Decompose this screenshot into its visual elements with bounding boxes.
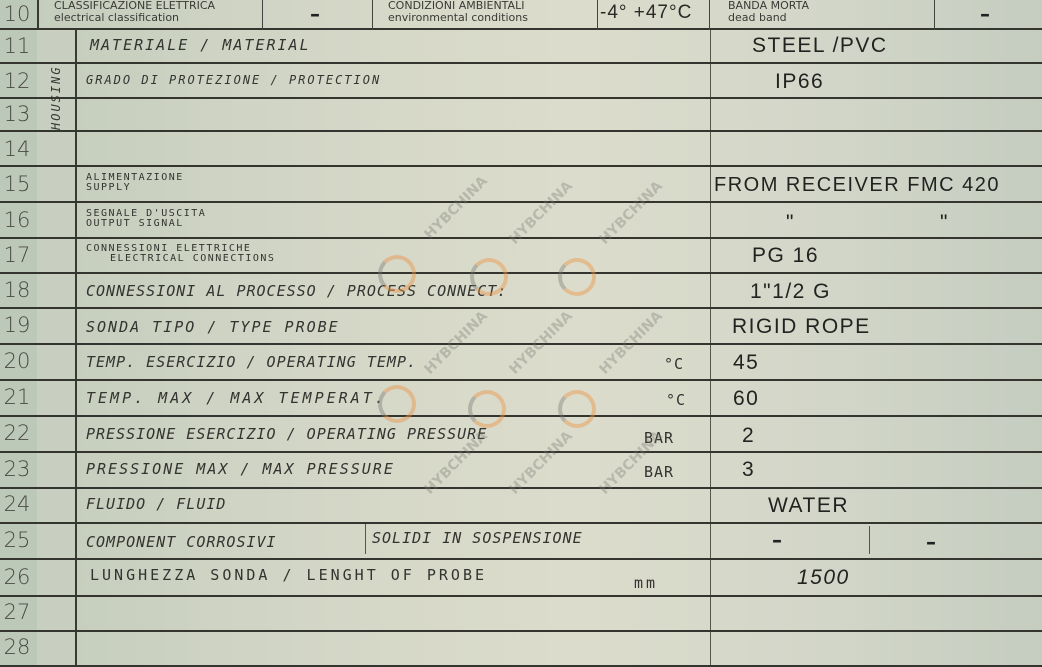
row-label: LUNGHEZZA SONDA / LENGHT OF PROBE [90, 566, 487, 584]
row-number: 19 [0, 313, 34, 337]
row-unit: mm [634, 574, 658, 592]
table-row-18: 18 CONNESSIONI AL PROCESSO / PROCESS CON… [0, 274, 1042, 309]
electrical-classification-label-it: CLASSIFICAZIONE ELETTRICA [54, 0, 215, 11]
row-label-line2: OUTPUT SIGNAL [86, 219, 184, 229]
table-row-14: 14 [0, 132, 1042, 167]
electrical-classification-label-en: electrical classification [54, 12, 179, 23]
row-label: PRESSIONE ESERCIZIO / OPERATING PRESSURE [86, 425, 487, 443]
table-row-15: 15 ALIMENTAZIONE SUPPLY FROM RECEIVER FM… [0, 167, 1042, 203]
electrical-classification-value: – [310, 2, 320, 26]
spec-sheet: 10 CLASSIFICAZIONE ELETTRICA electrical … [0, 0, 1042, 667]
table-row-26: 26 LUNGHEZZA SONDA / LENGHT OF PROBE mm … [0, 560, 1042, 597]
table-row-21: 21 TEMP. MAX / MAX TEMPERAT. °C 60 [0, 381, 1042, 417]
row-number: 15 [0, 172, 34, 196]
row-value-left: – [772, 528, 782, 552]
row-number: 20 [0, 349, 34, 373]
table-row-22: 22 PRESSIONE ESERCIZIO / OPERATING PRESS… [0, 417, 1042, 453]
table-row-13: 13 [0, 99, 1042, 132]
table-row-20: 20 TEMP. ESERCIZIO / OPERATING TEMP. °C … [0, 345, 1042, 381]
environmental-conditions-label-en: environmental conditions [388, 12, 528, 23]
row-number: 11 [0, 34, 34, 58]
row-value: RIGID ROPE [732, 315, 1042, 339]
row-number: 14 [0, 137, 34, 161]
row-value: 3 [742, 458, 1042, 482]
row-unit: BAR [644, 429, 674, 447]
table-row-16: 16 SEGNALE D'USCITA OUTPUT SIGNAL " " [0, 203, 1042, 239]
row-number: 10 [0, 2, 34, 26]
row-number: 23 [0, 457, 34, 481]
table-row-27: 27 [0, 597, 1042, 632]
row-label: TEMP. MAX / MAX TEMPERAT. [86, 389, 387, 407]
row-number: 26 [0, 565, 34, 589]
row-unit: °C [666, 391, 686, 409]
row-label: FLUIDO / FLUID [86, 495, 226, 513]
row-number: 25 [0, 528, 34, 552]
row-value: FROM RECEIVER FMC 420 [714, 174, 1042, 197]
header-row: 10 CLASSIFICAZIONE ELETTRICA electrical … [0, 0, 1042, 30]
row-value: 1500 [797, 566, 1042, 590]
dead-band-value: – [980, 2, 990, 26]
row-label: PRESSIONE MAX / MAX PRESSURE [86, 460, 395, 478]
environmental-conditions-label-it: CONDIZIONI AMBIENTALI [388, 0, 524, 11]
row-label: COMPONENT CORROSIVI [86, 533, 277, 551]
environmental-conditions-value: -4° +47°C [600, 2, 692, 24]
dead-band-label-en: dead band [728, 12, 787, 23]
row-value: 2 [742, 424, 1042, 448]
table-row-17: 17 CONNESSIONI ELETTRICHE ELECTRICAL CON… [0, 239, 1042, 274]
row-value: IP66 [775, 70, 1042, 94]
row-value-right: – [926, 530, 936, 554]
row-label-secondary: SOLIDI IN SOSPENSIONE [372, 529, 583, 547]
table-row-23: 23 PRESSIONE MAX / MAX PRESSURE BAR 3 [0, 453, 1042, 489]
row-value: 60 [733, 387, 1042, 411]
table-row-24: 24 FLUIDO / FLUID WATER [0, 489, 1042, 524]
row-number: 28 [0, 635, 34, 659]
row-unit: °C [664, 355, 684, 373]
row-number: 24 [0, 492, 34, 516]
table-row-11: 11 MATERIALE / MATERIAL STEEL /PVC [0, 30, 1042, 64]
row-unit: BAR [644, 463, 674, 481]
row-number: 27 [0, 600, 34, 624]
row-value: WATER [768, 494, 1042, 518]
row-label-line2: SUPPLY [86, 183, 131, 193]
row-label: SONDA TIPO / TYPE PROBE [86, 318, 340, 336]
row-number: 13 [0, 102, 34, 126]
table-row-19: 19 SONDA TIPO / TYPE PROBE RIGID ROPE [0, 309, 1042, 345]
row-value: 45 [733, 351, 1042, 375]
row-label-line2: ELECTRICAL CONNECTIONS [110, 254, 275, 264]
table-row-25: 25 COMPONENT CORROSIVI SOLIDI IN SOSPENS… [0, 524, 1042, 560]
row-number: 22 [0, 421, 34, 445]
row-value: PG 16 [752, 244, 1042, 268]
table-row-12: 12 GRADO DI PROTEZIONE / PROTECTION IP66 [0, 64, 1042, 99]
row-label: CONNESSIONI AL PROCESSO / PROCESS CONNEC… [86, 282, 507, 300]
row-number: 18 [0, 278, 34, 302]
row-value: 1"1/2 G [750, 280, 1042, 304]
row-number: 21 [0, 385, 34, 409]
table-row-28: 28 [0, 632, 1042, 667]
row-number: 16 [0, 208, 34, 232]
dead-band-label-it: BANDA MORTA [728, 0, 809, 11]
row-value: STEEL /PVC [752, 34, 1042, 58]
row-label: MATERIALE / MATERIAL [90, 36, 311, 54]
row-label: TEMP. ESERCIZIO / OPERATING TEMP. [86, 353, 417, 371]
row-label: GRADO DI PROTEZIONE / PROTECTION [86, 73, 381, 87]
row-number: 17 [0, 243, 34, 267]
row-number: 12 [0, 69, 34, 93]
row-value-right: " [940, 211, 1042, 235]
